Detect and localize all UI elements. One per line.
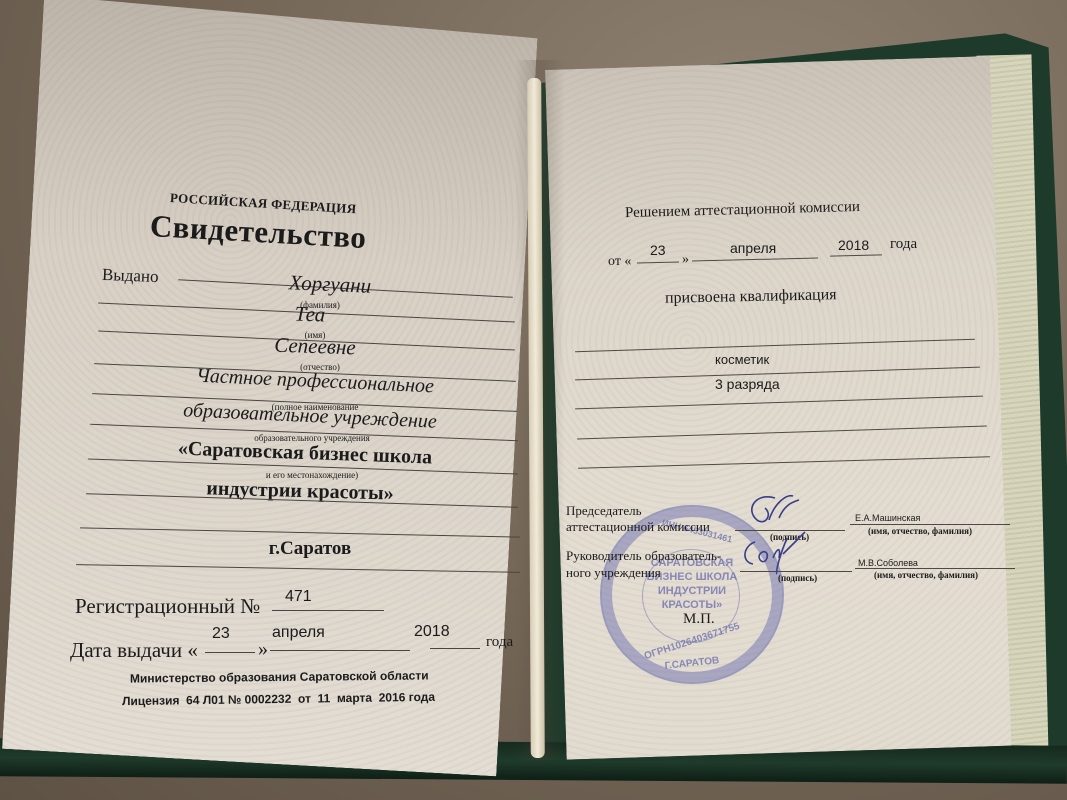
decision-month-line	[692, 257, 818, 261]
head-label-1: Руководитель образователь-	[566, 548, 721, 564]
decision-year-line	[830, 254, 882, 256]
decision-month: апреля	[730, 240, 776, 256]
chair-label-2: аттестационной комиссии	[566, 519, 710, 535]
qualification-line-5	[578, 456, 990, 469]
decision-day: 23	[650, 242, 666, 258]
decision-year-word: года	[890, 236, 917, 253]
qualification-grade: 3 разряда	[715, 376, 780, 392]
head-name-caption: (имя, отчество, фамилия)	[874, 570, 978, 580]
chair-name-line	[850, 524, 1010, 525]
decision-heading: Решением аттестационной комиссии	[625, 199, 860, 222]
decision-quote-close: »	[682, 252, 689, 268]
head-label-2: ного учреждения	[566, 565, 661, 581]
decision-from-label: от «	[608, 254, 631, 270]
qualification-line-3	[575, 396, 983, 410]
stamp-line-3: ИНДУСТРИИ	[632, 585, 752, 598]
qualification-value: косметик	[715, 352, 769, 367]
head-signature	[735, 528, 810, 578]
chair-name-caption: (имя, отчество, фамилия)	[868, 526, 972, 536]
qualification-line-1	[575, 339, 975, 353]
decision-year: 2018	[838, 237, 869, 253]
head-name: М.В.Соболева	[858, 558, 918, 568]
chair-label-1: Председатель	[566, 503, 642, 519]
seal-place-label: М.П.	[683, 611, 715, 628]
decision-day-line	[637, 261, 679, 263]
photo-scene: РОССИЙСКАЯ ФЕДЕРАЦИЯ Свидетельство Выдан…	[0, 0, 1067, 800]
chair-name: Е.А.Машинская	[855, 513, 920, 523]
head-name-line	[855, 568, 1015, 569]
qualification-heading: присвоена квалификация	[665, 286, 837, 308]
qualification-line-4	[577, 426, 987, 440]
